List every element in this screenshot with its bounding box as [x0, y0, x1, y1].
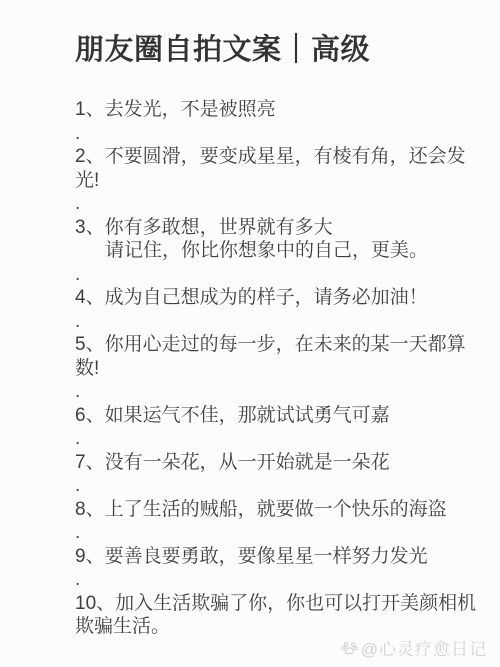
caption-text: 8、上了生活的贼船，就要做一个快乐的海盗: [75, 498, 480, 522]
list-item: 2、不要圆滑，要变成星星，有棱有角，还会发光! .: [75, 145, 480, 216]
caption-text: 9、要善良要勇敢，要像星星一样努力发光: [75, 545, 480, 569]
page-title: 朋友圈自拍文案｜高级: [75, 30, 480, 70]
list-item: 6、如果运气不佳，那就试试勇气可嘉 .: [75, 404, 480, 451]
list-item: 3、你有多敢想，世界就有多大 请记住，你比你想象中的自己，更美。 .: [75, 216, 480, 287]
list-item: 1、去发光，不是被照亮 .: [75, 98, 480, 145]
caption-text: 2、不要圆滑，要变成星星，有棱有角，还会发光!: [75, 145, 480, 192]
separator-dot: .: [75, 521, 480, 545]
caption-text: 10、加入生活欺骗了你，你也可以打开美颜相机欺骗生活。: [75, 592, 480, 639]
list-item: 4、成为自己想成为的样子，请务必加油！ .: [75, 286, 480, 333]
paw-icon: [341, 639, 358, 656]
caption-text-line2: 请记住，你比你想象中的自己，更美。: [75, 239, 480, 263]
caption-text: 5、你用心走过的每一步，在未来的某一天都算数!: [75, 333, 480, 380]
list-item: 10、加入生活欺骗了你，你也可以打开美颜相机欺骗生活。: [75, 592, 480, 639]
list-item: 8、上了生活的贼船，就要做一个快乐的海盗 .: [75, 498, 480, 545]
caption-text: 4、成为自己想成为的样子，请务必加油！: [75, 286, 480, 310]
caption-list: 1、去发光，不是被照亮 . 2、不要圆滑，要变成星星，有棱有角，还会发光! . …: [75, 98, 480, 639]
watermark-handle: @心灵疗愈日记: [361, 635, 487, 660]
list-item: 9、要善良要勇敢，要像星星一样努力发光 .: [75, 545, 480, 592]
separator-dot: .: [75, 192, 480, 216]
list-item: 7、没有一朵花，从一开始就是一朵花 .: [75, 451, 480, 498]
caption-text: 7、没有一朵花，从一开始就是一朵花: [75, 451, 480, 475]
caption-text: 6、如果运气不佳，那就试试勇气可嘉: [75, 404, 480, 428]
separator-dot: .: [75, 474, 480, 498]
separator-dot: .: [75, 310, 480, 334]
separator-dot: .: [75, 380, 480, 404]
separator-dot: .: [75, 427, 480, 451]
separator-dot: .: [75, 568, 480, 592]
separator-dot: .: [75, 122, 480, 146]
watermark: @心灵疗愈日记: [341, 635, 487, 660]
caption-card: 朋友圈自拍文案｜高级 1、去发光，不是被照亮 . 2、不要圆滑，要变成星星，有棱…: [0, 0, 500, 667]
caption-text: 1、去发光，不是被照亮: [75, 98, 480, 122]
list-item: 5、你用心走过的每一步，在未来的某一天都算数! .: [75, 333, 480, 404]
separator-dot: .: [75, 263, 480, 287]
caption-text: 3、你有多敢想，世界就有多大: [75, 216, 480, 240]
